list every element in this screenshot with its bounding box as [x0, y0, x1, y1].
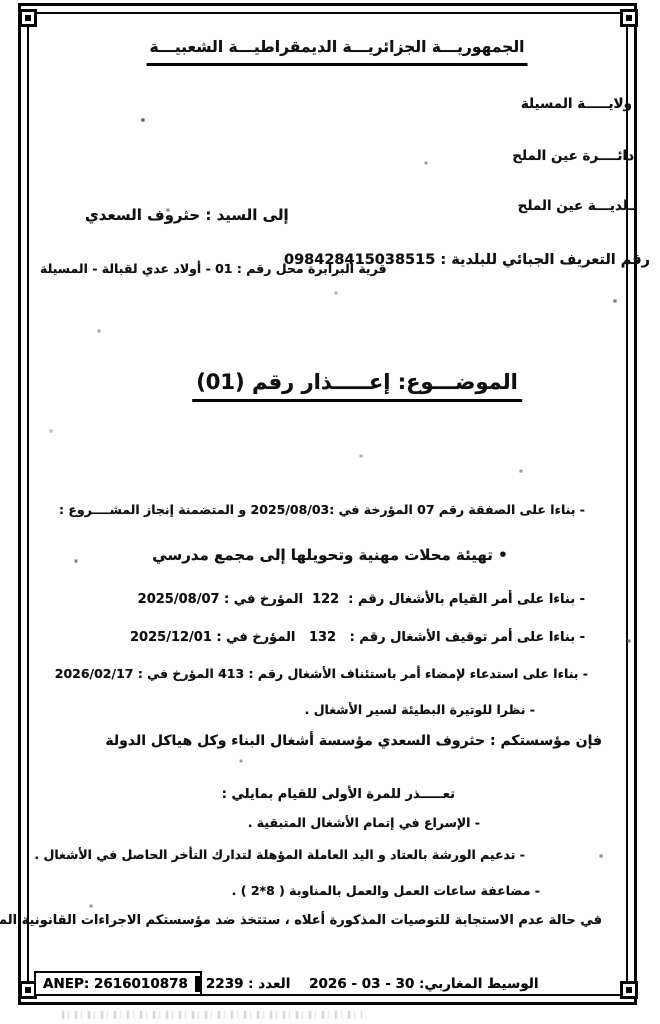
bleed-through-smudge	[62, 1011, 362, 1019]
body-instruction-3: - مضاعفة ساعات العمل والعمل بالمناوبة ( …	[232, 883, 540, 898]
body-project-title: • تهيئة محلات مهنية وتحويلها إلى مجمع مد…	[150, 546, 510, 564]
recipient-address-line: قرية البرابرة محل رقم : 01 - أولاد عدي ل…	[40, 261, 387, 276]
body-reference-contract: - بناءا على الصفقة رقم 07 المؤرخة في :20…	[59, 502, 585, 517]
daira-line: دائــــرة عين الملح	[512, 148, 634, 164]
commune-line: بـلديـــة عين الملح	[518, 198, 638, 214]
publication-footer: ANEP: 2616010878 الوسيط المغاربي: 30 - 0…	[34, 971, 552, 996]
body-reference-slow-pace: - نظرا للوتيرة البطيئة لسير الأشغال .	[305, 702, 535, 717]
body-warning-line: في حالة عدم الاستجابة للتوصيات المذكورة …	[0, 913, 602, 928]
body-instruction-2: - تدعيم الورشة بالعتاد و اليد العاملة ال…	[34, 847, 525, 862]
body-reference-stop-order: - بناءا على أمر توقيف الأشغال رقم : 132 …	[130, 630, 585, 645]
body-notice-intro: تعـــــذر للمرة الأولى للقيام بمايلي :	[222, 787, 455, 802]
anep-box: ANEP: 2616010878	[34, 971, 202, 996]
body-reference-resume-order: - بناءا على استدعاء لإمضاء أمر باستئناف …	[55, 666, 588, 681]
scan-noise-specks	[0, 0, 2, 2]
anep-number: ANEP: 2616010878	[43, 976, 188, 992]
republic-title: الجمهوريـــة الجزائريـــة الديمقراطيـــة…	[147, 38, 528, 66]
corner-ornament-top-left-icon	[19, 9, 37, 27]
subject-line: الموضـــوع: إعـــــذار رقم (01)	[192, 370, 522, 402]
wilaya-line: ولايـــــة المسيلة	[521, 96, 632, 112]
journal-issue-line: الوسيط المغاربي: 30 - 03 - 2026 العدد : …	[202, 976, 543, 992]
corner-ornament-bottom-right-icon	[620, 981, 638, 999]
corner-ornament-top-right-icon	[620, 9, 638, 27]
body-reference-start-order: - بناءا على أمر القيام بالأشغال رقم : 12…	[138, 592, 585, 607]
scanned-letter-page: الجمهوريـــة الجزائريـــة الديمقراطيـــة…	[0, 0, 660, 1024]
body-company-line: فإن مؤسستكم : حثروف السعدي مؤسسة أشغال ا…	[105, 733, 602, 749]
recipient-line: إلى السيد : حثروف السعدي	[85, 206, 289, 224]
footer-separator-bar	[195, 976, 200, 992]
body-instruction-1: - الإسراع في إتمام الأشغال المتبقية .	[248, 815, 480, 830]
